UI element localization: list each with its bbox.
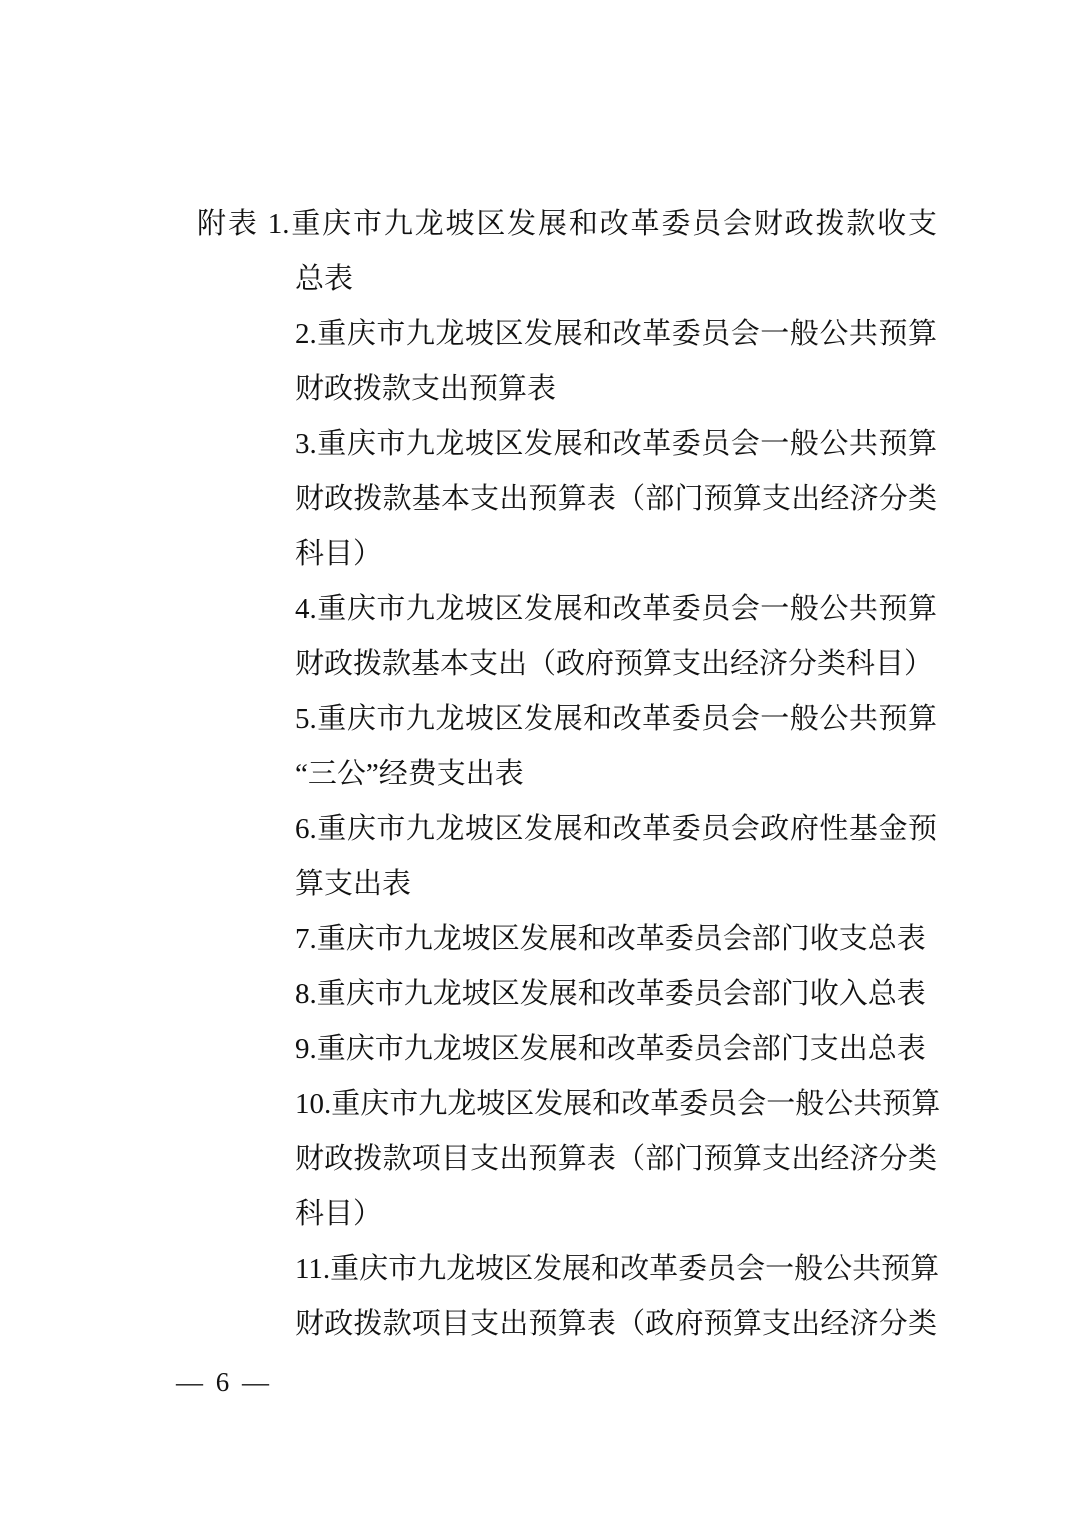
attachment-item-1-line-1: 附表 1.重庆市九龙坡区发展和改革委员会财政拨款收支 xyxy=(197,197,937,252)
attachment-item-3-line-3: 科目） xyxy=(295,527,937,582)
attachment-item-1-line-2: 总表 xyxy=(295,252,937,307)
attachment-item-10-line-1: 10.重庆市九龙坡区发展和改革委员会一般公共预算 xyxy=(295,1077,937,1132)
attachment-item-10-line-3: 科目） xyxy=(295,1187,937,1242)
page-number: — 6 — xyxy=(176,1366,272,1398)
document-page: 附表 1.重庆市九龙坡区发展和改革委员会财政拨款收支 总表 2.重庆市九龙坡区发… xyxy=(0,0,1074,1520)
attachment-item-8-line-1: 8.重庆市九龙坡区发展和改革委员会部门收入总表 xyxy=(295,967,937,1022)
attachment-item-11-line-1: 11.重庆市九龙坡区发展和改革委员会一般公共预算 xyxy=(295,1242,937,1297)
attachment-item-11-line-2: 财政拨款项目支出预算表（政府预算支出经济分类 xyxy=(295,1297,937,1352)
attachment-item-10-line-2: 财政拨款项目支出预算表（部门预算支出经济分类 xyxy=(295,1132,937,1187)
attachment-item-5-line-1: 5.重庆市九龙坡区发展和改革委员会一般公共预算 xyxy=(295,692,937,747)
attachment-item-3-line-1: 3.重庆市九龙坡区发展和改革委员会一般公共预算 xyxy=(295,417,937,472)
attachment-item-4-line-1: 4.重庆市九龙坡区发展和改革委员会一般公共预算 xyxy=(295,582,937,637)
attachment-item-6-line-1: 6.重庆市九龙坡区发展和改革委员会政府性基金预 xyxy=(295,802,937,857)
attachment-item-5-line-2: “三公”经费支出表 xyxy=(295,747,937,802)
attachment-item-9-line-1: 9.重庆市九龙坡区发展和改革委员会部门支出总表 xyxy=(295,1022,937,1077)
attachment-item-2-line-2: 财政拨款支出预算表 xyxy=(295,362,937,417)
attachment-item-3-line-2: 财政拨款基本支出预算表（部门预算支出经济分类 xyxy=(295,472,937,527)
attachment-table-list: 附表 1.重庆市九龙坡区发展和改革委员会财政拨款收支 总表 2.重庆市九龙坡区发… xyxy=(295,197,937,1352)
attachment-item-7-line-1: 7.重庆市九龙坡区发展和改革委员会部门收支总表 xyxy=(295,912,937,967)
attachment-item-2-line-1: 2.重庆市九龙坡区发展和改革委员会一般公共预算 xyxy=(295,307,937,362)
attachment-item-4-line-2: 财政拨款基本支出（政府预算支出经济分类科目） xyxy=(295,637,937,692)
attachment-item-6-line-2: 算支出表 xyxy=(295,857,937,912)
